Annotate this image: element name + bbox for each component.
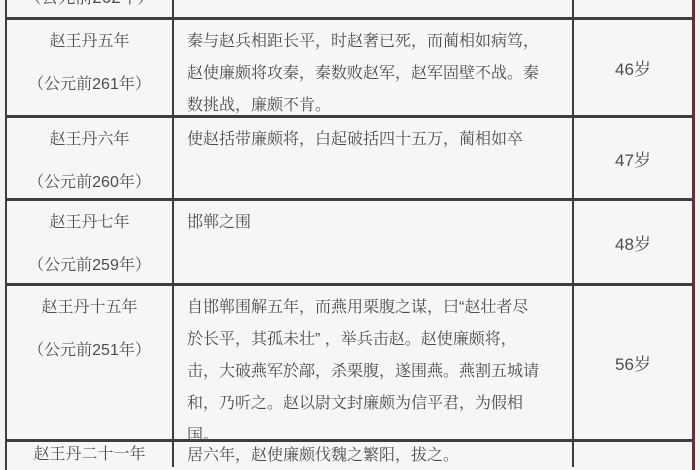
cell-event: 邯郸之围 — [174, 201, 574, 283]
cell-reign-year: 赵王丹二十一年 — [7, 442, 174, 467]
cell-reign-year: 赵王丹六年 （公元前260年） — [7, 118, 174, 198]
reign-year-text: 赵王丹六年 — [49, 132, 129, 148]
reign-year-text: 赵王丹五年 — [49, 34, 129, 50]
western-year-text: （公元前259年） — [28, 258, 151, 274]
cell-year-clipped: （公元前262年） — [7, 0, 174, 17]
western-year-text: （公元前261年） — [28, 77, 151, 93]
year-fragment-text: （公元前262年） — [7, 0, 172, 6]
history-timeline-table: （公元前262年） 赵王丹五年 （公元前261年） 秦与赵兵相距长平，时赵奢已死… — [5, 0, 695, 470]
cell-age: 46岁 — [574, 20, 692, 115]
table-row: 赵王丹六年 （公元前260年） 使赵括带廉颇将，白起破括四十五万，蔺相如卒 47… — [7, 118, 692, 201]
cell-event-clipped — [174, 0, 574, 17]
western-year-text: （公元前260年） — [28, 175, 151, 191]
cell-age — [574, 442, 692, 467]
western-year-text: （公元前251年） — [28, 343, 151, 359]
cell-event: 自邯郸围解五年，而燕用栗腹之谋，曰“赵壮者尽 於长平，其孤未壮” ，举兵击赵。赵… — [174, 286, 574, 439]
cell-age: 47岁 — [574, 118, 692, 198]
screenshot-root: （公元前262年） 赵王丹五年 （公元前261年） 秦与赵兵相距长平，时赵奢已死… — [0, 0, 700, 470]
reign-year-text: 赵王丹十五年 — [41, 300, 137, 316]
table-row: 赵王丹十五年 （公元前251年） 自邯郸围解五年，而燕用栗腹之谋，曰“赵壮者尽 … — [7, 286, 692, 442]
cell-age-clipped — [574, 0, 692, 17]
cell-age: 48岁 — [574, 201, 692, 283]
cell-event: 居六年，赵使廉颇伐魏之繁阳，拔之。 — [174, 442, 574, 467]
table-row: 赵王丹七年 （公元前259年） 邯郸之围 48岁 — [7, 201, 692, 286]
reign-year-text: 赵王丹七年 — [49, 215, 129, 231]
cell-reign-year: 赵王丹十五年 （公元前251年） — [7, 286, 174, 439]
cell-reign-year: 赵王丹五年 （公元前261年） — [7, 20, 174, 115]
table-row: 赵王丹五年 （公元前261年） 秦与赵兵相距长平，时赵奢已死，而蔺相如病笃， 赵… — [7, 20, 692, 118]
cell-event: 使赵括带廉颇将，白起破括四十五万，蔺相如卒 — [174, 118, 574, 198]
reign-year-text: 赵王丹二十一年 — [33, 447, 145, 463]
table-row-clipped-bottom: 赵王丹二十一年 居六年，赵使廉颇伐魏之繁阳，拔之。 — [7, 442, 692, 467]
table-row-clipped-top: （公元前262年） — [7, 0, 692, 20]
cell-reign-year: 赵王丹七年 （公元前259年） — [7, 201, 174, 283]
cell-age: 56岁 — [574, 286, 692, 439]
cell-event: 秦与赵兵相距长平，时赵奢已死，而蔺相如病笃， 赵使廉颇将攻秦，秦数败赵军，赵军固… — [174, 20, 574, 115]
